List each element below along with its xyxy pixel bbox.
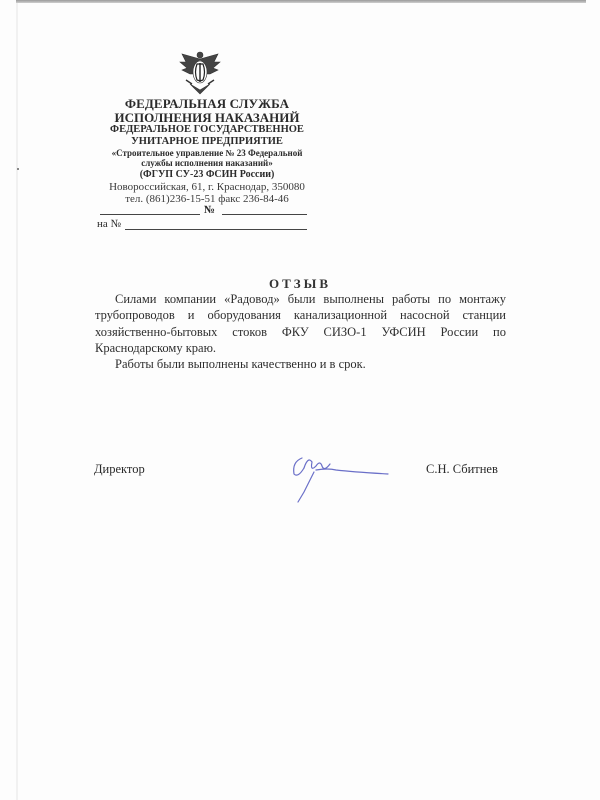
org-fullname-line-1: «Строительное управление № 23 Федерально…: [96, 148, 318, 158]
outgoing-date-line: [100, 214, 200, 215]
body-paragraph: Работы были выполнены качественно и в ср…: [95, 356, 506, 372]
document-title: ОТЗЫВ: [0, 276, 600, 292]
fsin-emblem-icon: [176, 50, 224, 96]
org-address: Новороссийская, 61, г. Краснодар, 350080: [96, 181, 318, 193]
org-type-line-1: ФЕДЕРАЛЬНОЕ ГОСУДАРСТВЕННОЕ: [96, 124, 318, 135]
document-page: ФЕДЕРАЛЬНАЯ СЛУЖБА ИСПОЛНЕНИЯ НАКАЗАНИЙ …: [0, 0, 600, 800]
org-abbreviation: (ФГУП СУ-23 ФСИН России): [96, 169, 318, 180]
outgoing-number-line: [222, 214, 307, 215]
body-paragraph: Силами компании «Радовод» были выполнены…: [95, 291, 506, 356]
org-fullname-line-2: службы исполнения наказаний»: [96, 158, 318, 168]
signatory-role: Директор: [94, 462, 145, 477]
handwritten-signature-icon: [284, 452, 394, 507]
page-left-edge: [16, 3, 18, 800]
reply-to-line: [125, 229, 307, 230]
page-top-edge: [16, 0, 586, 3]
signatory-name: С.Н. Сбитнев: [426, 462, 498, 477]
reply-to-label: на №: [97, 218, 121, 230]
org-type-line-2: УНИТАРНОЕ ПРЕДПРИЯТИЕ: [96, 136, 318, 147]
document-body: Силами компании «Радовод» были выполнены…: [95, 291, 506, 372]
scan-speck: [17, 168, 19, 170]
number-sign: №: [204, 204, 215, 216]
